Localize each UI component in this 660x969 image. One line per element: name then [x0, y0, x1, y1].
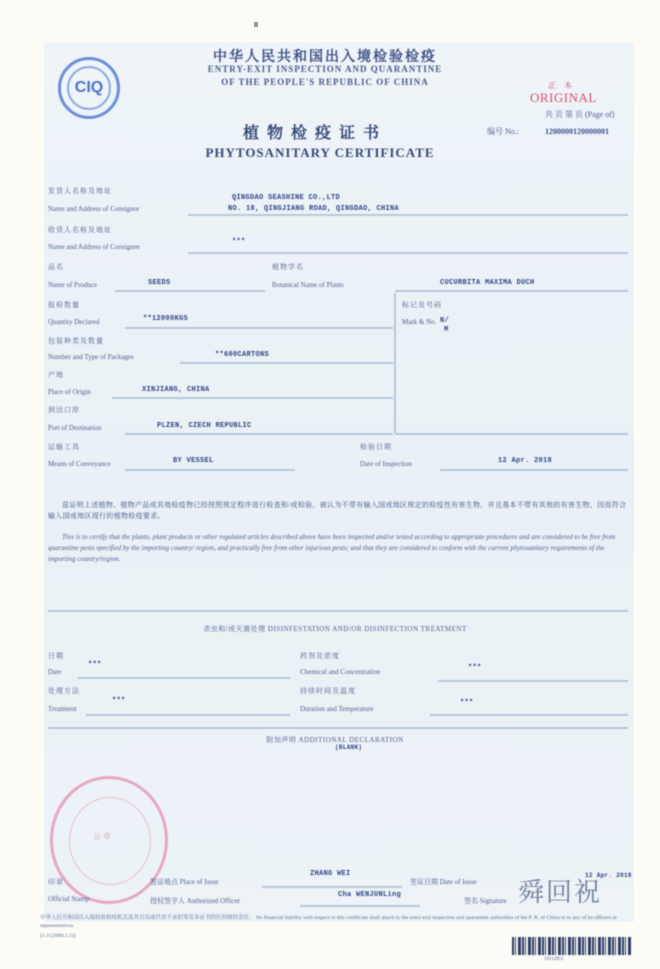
certificate-number: 1200000120000001	[545, 127, 609, 136]
origin-value: XINJIANG, CHINA	[142, 386, 210, 394]
duration-value: ***	[460, 699, 474, 707]
inspection-date-label-en: Date of Inspection	[360, 460, 412, 468]
certification-text-cn: 兹证明上述植物、植物产品或其他检疫物已经按照规定程序进行检查和/或检验，被认为不…	[48, 500, 628, 522]
issuer-en-line1: ENTRY-EXIT INSPECTION AND QUARANTINE	[150, 64, 500, 74]
treatment-date-label-cn: 日期	[48, 651, 64, 661]
consignor-label-en: Name and Address of Consignor	[48, 205, 139, 213]
divider	[48, 727, 628, 729]
treatment-method-value: ***	[112, 697, 126, 705]
divider	[125, 327, 393, 329]
treatment-date-label-en: Date	[48, 668, 61, 676]
conveyance-value: BY VESSEL	[173, 457, 214, 465]
title-cn: 植物检疫证书	[190, 120, 440, 143]
treatment-method-label-cn: 处理方法	[48, 686, 80, 696]
divider	[395, 290, 628, 292]
place-of-issue-value: ZHANG WEI	[310, 870, 351, 878]
date-of-issue-label: 签证日期 Date of Issue	[410, 877, 477, 887]
conveyance-label-cn: 运输工具	[48, 442, 80, 452]
duration-label-en: Duration and Temperature	[300, 705, 374, 713]
chemical-label-en: Chemical and Concentration	[300, 668, 380, 676]
logo-text: CIQ	[67, 66, 111, 110]
number-label: 编号 No.:	[487, 126, 519, 137]
chemical-value: ***	[468, 664, 482, 672]
quantity-value: **12000KGS	[143, 315, 188, 323]
divider	[78, 677, 290, 679]
additional-declaration-value: (BLANK)	[335, 744, 362, 751]
product-label-en: Name of Produce	[48, 281, 97, 289]
inspection-date-label-cn: 检验日期	[360, 442, 392, 452]
consignor-value-line2: NO. 18, QINGJIANG ROAD, QINGDAO, CHINA	[228, 205, 399, 213]
seal-label-cn: 印章	[48, 877, 64, 887]
place-of-issue-label: 签证地点 Place of Issue	[150, 877, 219, 887]
scan-mark	[254, 22, 258, 27]
packages-value: **600CARTONS	[215, 351, 269, 359]
divider	[86, 714, 290, 716]
divider	[125, 469, 295, 471]
consignor-value-line1: QINGDAO SEASHINE CO.,LTD	[232, 194, 340, 202]
divider	[430, 714, 628, 716]
divider	[395, 433, 628, 435]
issuer-cn: 中华人民共和国出入境检验检疫	[170, 46, 480, 66]
divider	[440, 469, 628, 471]
consignee-value: ***	[232, 238, 246, 246]
conveyance-label-en: Means of Conveyance	[48, 460, 111, 468]
divider	[262, 886, 402, 888]
authorized-officer-label: 授权签字人 Authorized Officer	[150, 896, 240, 906]
botanical-label-cn: 植物学名	[272, 262, 304, 272]
botanical-value: CUCURBITA MAXIMA DUCH	[440, 279, 535, 287]
chemical-label-cn: 药剂及浓度	[300, 651, 340, 661]
column-divider	[394, 293, 396, 433]
authorized-officer-value: Cha WENJUNLing	[338, 891, 401, 899]
divider	[438, 680, 628, 682]
disclaimer: 中华人民共和国出入境检验检疫机关及其官员或代表不承担签发本证书的任何财经责任。 …	[40, 914, 620, 930]
form-code: [1-3 (2000.1.1)]	[40, 933, 75, 939]
consignee-label-en: Name and Address of Consignee	[48, 243, 140, 251]
product-label-cn: 品名	[48, 262, 64, 272]
product-value: SEEDS	[148, 279, 171, 287]
consignee-label-cn: 收货人名称及地址	[48, 225, 112, 235]
treatment-method-label-en: Treatment	[48, 705, 77, 713]
barcode-icon	[512, 937, 632, 955]
marks-label-en: Mark & No.	[402, 318, 436, 326]
treatment-date-value: ***	[88, 661, 102, 669]
stamp-text: 公 章	[93, 831, 111, 842]
packages-label-en: Number and Type of Packages	[48, 353, 134, 361]
document-title: PHYTOSANITARY CERTIFICATE	[170, 145, 470, 161]
marks-label-cn: 标记及号码	[402, 300, 442, 310]
divider	[48, 610, 628, 612]
consignor-label-cn: 发货人名称及地址	[48, 186, 112, 196]
botanical-label-en: Botanical Name of Plants	[272, 281, 344, 289]
marks-value-line1: N/	[440, 317, 449, 325]
divider	[188, 214, 628, 216]
divider	[115, 290, 265, 292]
packages-label-cn: 包装种类及数量	[48, 336, 104, 346]
certification-text-en: This is to certify that the plants, plan…	[48, 532, 628, 565]
page-count: 共 页 第 页 (Page of)	[545, 109, 615, 120]
divider	[125, 433, 393, 435]
signature-label: 签名 Signature	[464, 896, 507, 906]
duration-label-cn: 持续时间及温度	[300, 686, 356, 696]
destination-label-en: Port of Destination	[48, 424, 101, 432]
divider	[180, 362, 393, 364]
divider	[300, 905, 420, 907]
quantity-label-cn: 报检数量	[48, 300, 80, 310]
marks-value-line2: M	[444, 326, 449, 334]
origin-label-cn: 产地	[48, 370, 64, 380]
quantity-label-en: Quantity Declared	[48, 318, 100, 326]
treatment-heading: 杀虫和/或灭菌处理 DISINFESTATION AND/OR DISINFEC…	[40, 624, 630, 634]
divider	[112, 397, 393, 399]
inspection-date-value: 12 Apr. 2018	[498, 457, 552, 465]
issuer-en-line2: OF THE PEOPLE'S REPUBLIC OF CHINA	[150, 77, 500, 87]
divider	[188, 252, 628, 254]
ciq-logo-icon: CIQ	[58, 57, 120, 119]
barcode-number: 10112851	[544, 957, 564, 962]
signature: 舜回祝	[518, 872, 602, 909]
destination-label-cn: 到达口岸	[48, 405, 80, 415]
destination-value: PLZEN, CZECH REPUBLIC	[157, 422, 252, 430]
seal-label-en: Official Stamp	[48, 895, 89, 903]
origin-label-en: Place of Origin	[48, 388, 91, 396]
original-badge: ORIGINAL	[530, 90, 597, 106]
